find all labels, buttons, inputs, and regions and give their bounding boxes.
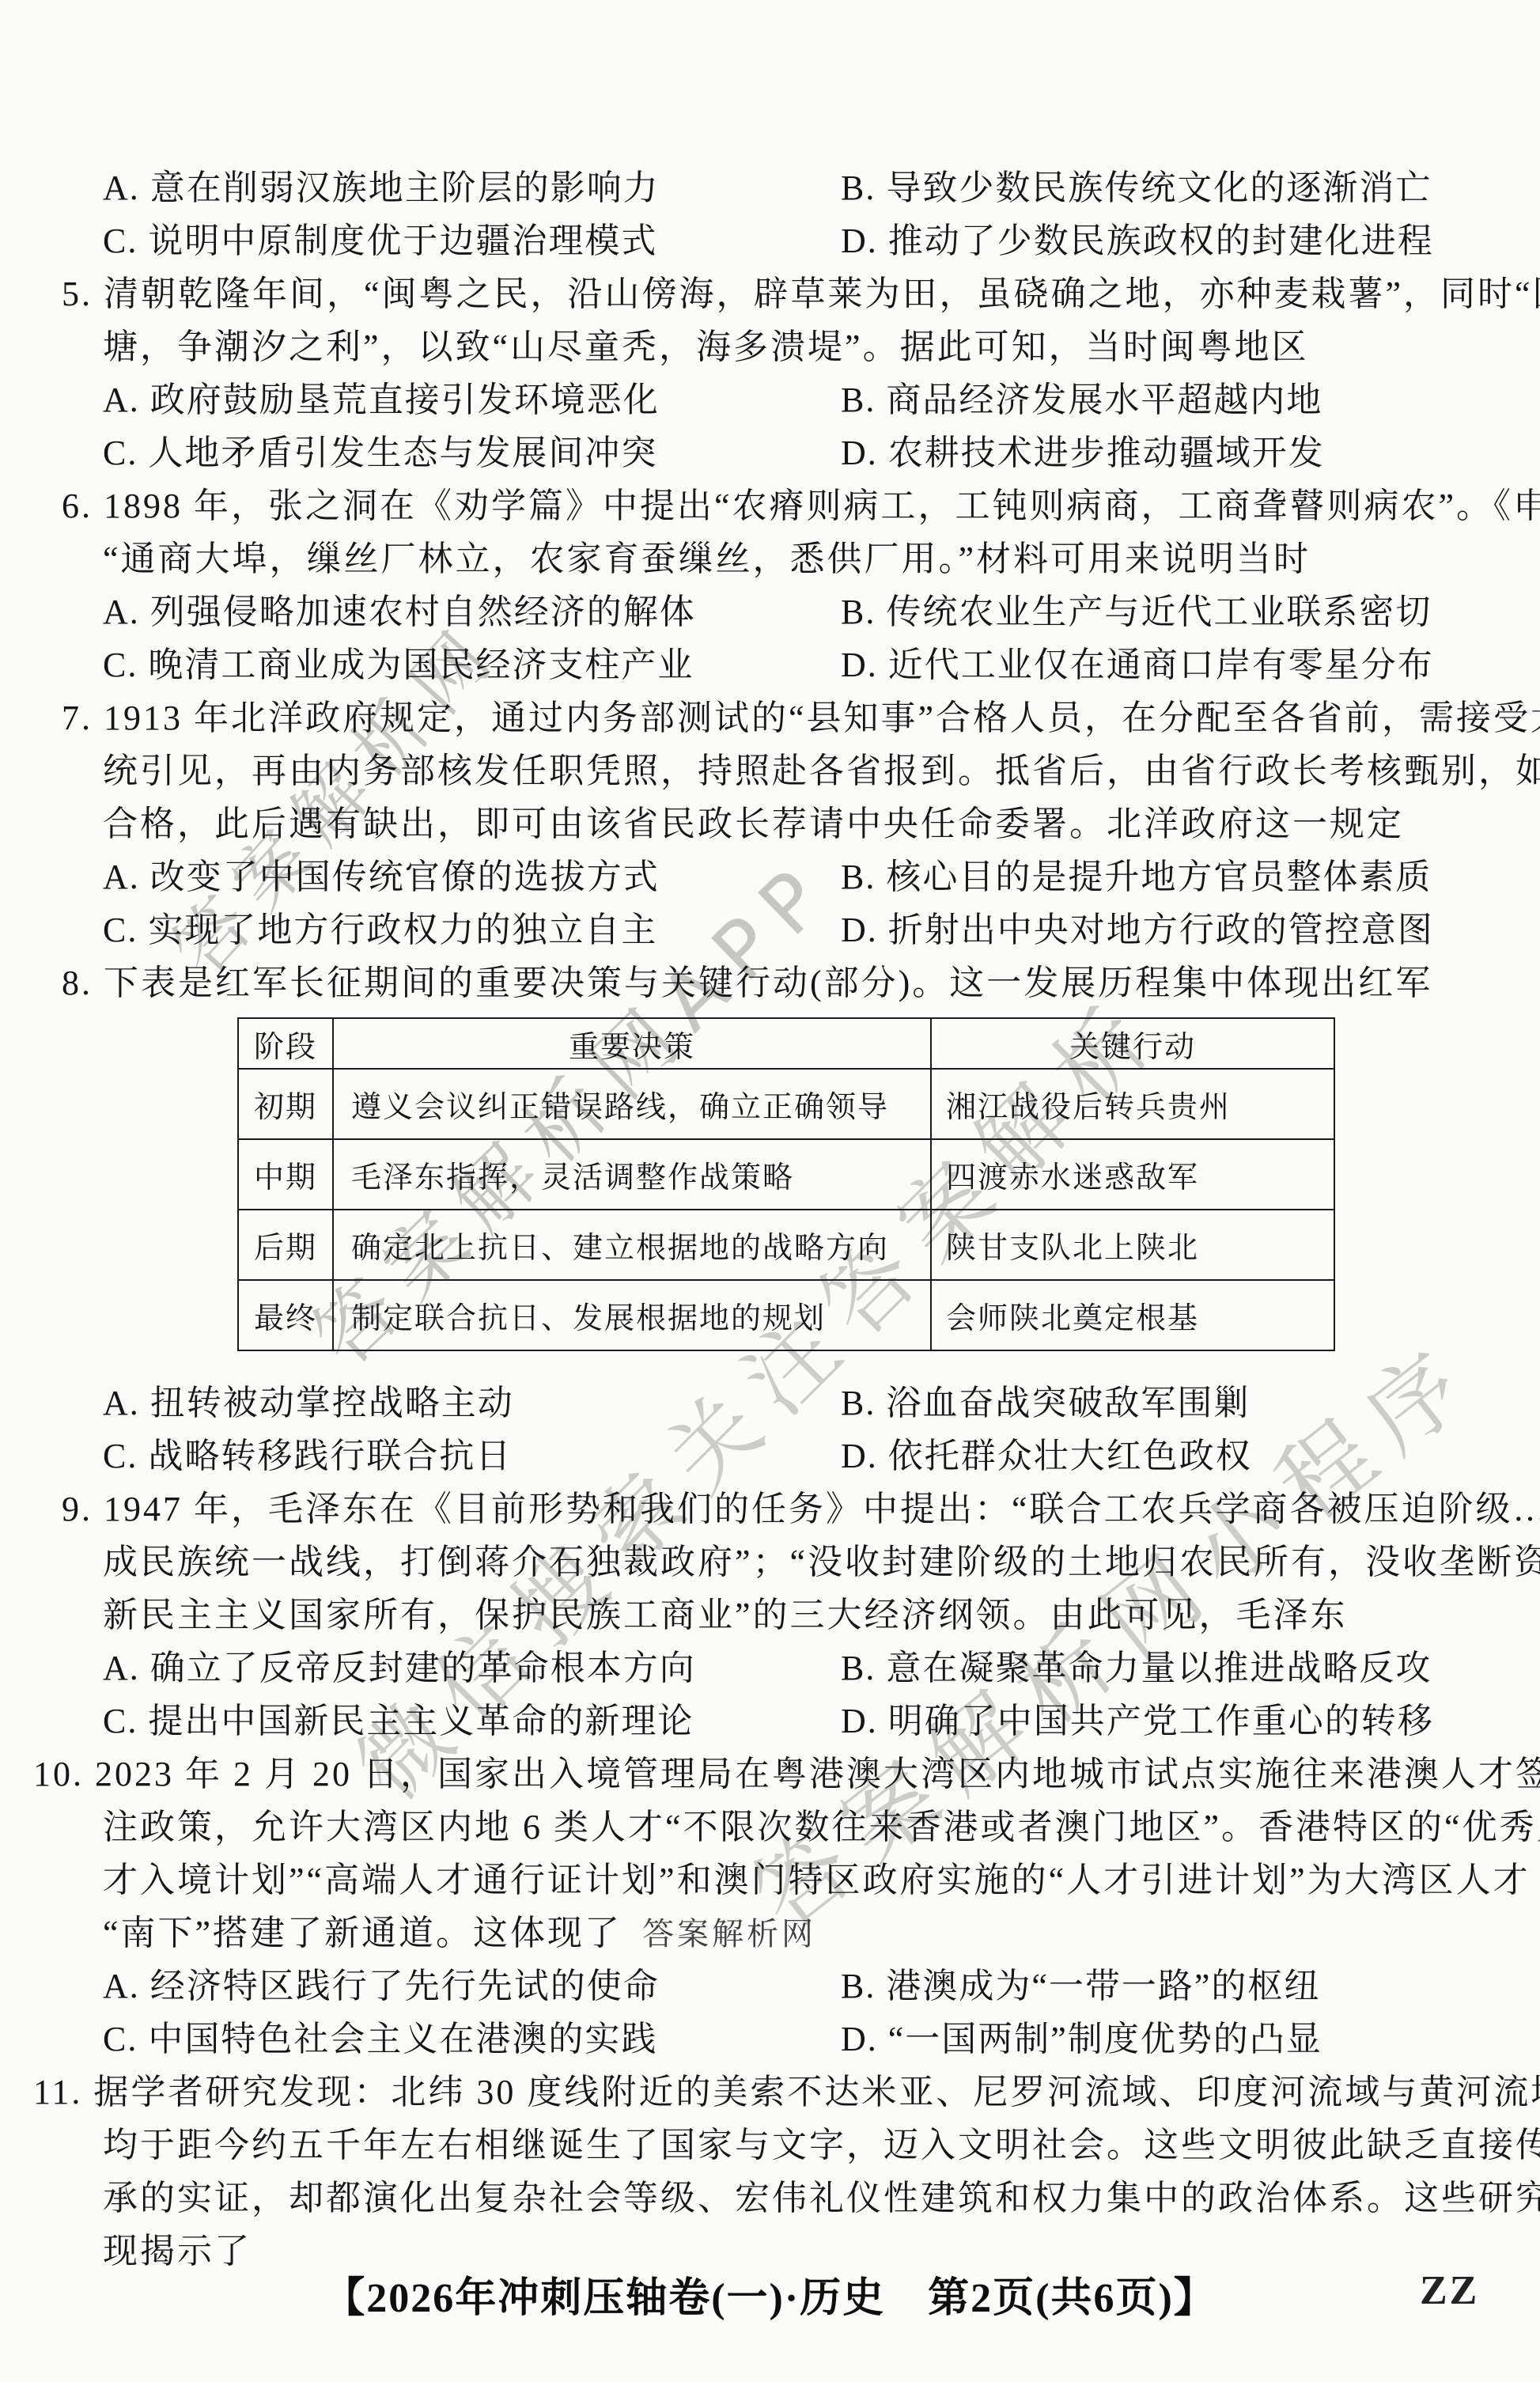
table-cell: 后期: [238, 1210, 333, 1280]
question-text: “通商大埠，缫丝厂林立，农家育蚕缫丝，悉供厂用。”材料可用来说明当时: [103, 540, 1311, 578]
option-row: A. 经济特区践行了先行先试的使命B. 港澳成为“一带一路”的枢纽: [0, 1960, 1540, 2013]
option-cell: D. “一国两制”制度优势的凸显: [841, 2013, 1322, 2066]
option-cell: B. 意在凝聚革命力量以推进战略反攻: [841, 1642, 1432, 1695]
table-cell: 中期: [238, 1139, 333, 1210]
option-row: A. 确立了反帝反封建的革命根本方向B. 意在凝聚革命力量以推进战略反攻: [0, 1642, 1540, 1695]
option-row: C. 晚清工商业成为国民经济支柱产业D. 近代工业仅在通商口岸有零星分布: [0, 638, 1540, 691]
inline-watermark: 答案解析网: [642, 1916, 816, 1952]
option-cell: A. 意在削弱汉族地主阶层的影响力: [103, 161, 660, 214]
option-cell: C. 提出中国新民主主义革命的新理论: [103, 1695, 694, 1748]
table-header-cell: 重要决策: [333, 1018, 931, 1069]
table-row: 后期确定北上抗日、建立根据地的战略方向陕甘支队北上陕北: [238, 1210, 1334, 1280]
question-text-line: 承的实证，却都演化出复杂社会等级、宏伟礼仪性建筑和权力集中的政治体系。这些研究发: [0, 2172, 1540, 2225]
question-text-line: 8. 下表是红军长征期间的重要决策与关键行动(部分)。这一发展历程集中体现出红军: [0, 956, 1540, 1009]
option-cell: B. 商品经济发展水平超越内地: [841, 373, 1322, 426]
option-cell: B. 核心目的是提升地方官员整体素质: [841, 850, 1432, 903]
option-cell: B. 港澳成为“一带一路”的枢纽: [841, 1960, 1320, 2013]
option-cell: C. 中国特色社会主义在港澳的实践: [103, 2013, 657, 2066]
option-row: A. 列强侵略加速农村自然经济的解体B. 传统农业生产与近代工业联系密切: [0, 585, 1540, 638]
question-text-line: 7. 1913 年北洋政府规定，通过内务部测试的“县知事”合格人员，在分配至各省…: [0, 691, 1540, 744]
question-text-line: “南下”搭建了新通道。这体现了答案解析网: [0, 1907, 1540, 1960]
option-cell: B. 浴血奋战突破敌军围剿: [841, 1377, 1250, 1430]
question-text-line: 合格，此后遇有缺出，即可由该省民政长荐请中央任命委署。北洋政府这一规定: [0, 797, 1540, 850]
option-cell: C. 晚清工商业成为国民经济支柱产业: [103, 638, 694, 691]
question-text: 才入境计划”“高端人才通行证计划”和澳门特区政府实施的“人才引进计划”为大湾区人…: [103, 1861, 1531, 1899]
page-code: ZZ: [1420, 2267, 1479, 2314]
table-row: 中期毛泽东指挥，灵活调整作战策略四渡赤水迷惑敌军: [238, 1139, 1334, 1210]
option-cell: A. 改变了中国传统官僚的选拔方式: [103, 850, 660, 903]
option-row: C. 实现了地方行政权力的独立自主D. 折射出中央对地方行政的管控意图: [0, 903, 1540, 956]
option-row: A. 政府鼓励垦荒直接引发环境恶化B. 商品经济发展水平超越内地: [0, 373, 1540, 426]
table-cell: 确定北上抗日、建立根据地的战略方向: [333, 1210, 931, 1280]
question-text: 均于距今约五千年左右相继诞生了国家与文字，迈入文明社会。这些文明彼此缺乏直接传: [103, 2126, 1540, 2164]
table-header-cell: 阶段: [238, 1018, 333, 1069]
question-text-line: 统引见，再由内务部核发任职凭照，持照赴各省报到。抵省后，由省行政长考核甄别，如甄…: [0, 744, 1540, 797]
question-text-line: 注政策，允许大湾区内地 6 类人才“不限次数往来香港或者澳门地区”。香港特区的“…: [0, 1801, 1540, 1854]
table-cell: 湘江战役后转兵贵州: [931, 1069, 1334, 1139]
option-cell: A. 确立了反帝反封建的革命根本方向: [103, 1642, 696, 1695]
option-cell: A. 列强侵略加速农村自然经济的解体: [103, 585, 696, 638]
question-text-line: 均于距今约五千年左右相继诞生了国家与文字，迈入文明社会。这些文明彼此缺乏直接传: [0, 2119, 1540, 2172]
question-text-line: 10. 2023 年 2 月 20 日，国家出入境管理局在粤港澳大湾区内地城市试…: [0, 1748, 1540, 1801]
table-cell: 制定联合抗日、发展根据地的规划: [333, 1280, 931, 1350]
option-cell: A. 经济特区践行了先行先试的使命: [103, 1960, 660, 2013]
question-text: 统引见，再由内务部核发任职凭照，持照赴各省报到。抵省后，由省行政长考核甄别，如甄…: [103, 752, 1540, 790]
question-text-line: 11. 据学者研究发现：北纬 30 度线附近的美索不达米亚、尼罗河流域、印度河流…: [0, 2066, 1540, 2119]
option-cell: A. 政府鼓励垦荒直接引发环境恶化: [103, 373, 660, 426]
table-cell: 陕甘支队北上陕北: [931, 1210, 1334, 1280]
option-row: C. 说明中原制度优于边疆治理模式D. 推动了少数民族政权的封建化进程: [0, 214, 1540, 267]
table-cell: 初期: [238, 1069, 333, 1139]
table-row: 初期遵义会议纠正错误路线，确立正确领导湘江战役后转兵贵州: [238, 1069, 1334, 1139]
question-text: 9. 1947 年，毛泽东在《目前形势和我们的任务》中提出：“联合工农兵学商各被…: [62, 1490, 1540, 1528]
question-text: 7. 1913 年北洋政府规定，通过内务部测试的“县知事”合格人员，在分配至各省…: [62, 699, 1540, 737]
table-header-cell: 关键行动: [931, 1018, 1334, 1069]
table-cell: 最终: [238, 1280, 333, 1350]
option-cell: B. 导致少数民族传统文化的逐渐消亡: [841, 161, 1432, 214]
question-text: 10. 2023 年 2 月 20 日，国家出入境管理局在粤港澳大湾区内地城市试…: [33, 1755, 1540, 1793]
question-text-line: “通商大埠，缫丝厂林立，农家育蚕缫丝，悉供厂用。”材料可用来说明当时: [0, 532, 1540, 585]
option-row: A. 扭转被动掌控战略主动B. 浴血奋战突破敌军围剿: [0, 1377, 1540, 1430]
table-cell: 毛泽东指挥，灵活调整作战策略: [333, 1139, 931, 1210]
question-text-line: 5. 清朝乾隆年间，“闽粤之民，沿山傍海，辟草莱为田，虽硗确之地，亦种麦栽薯”，…: [0, 267, 1540, 320]
question-text: “南下”搭建了新通道。这体现了: [103, 1914, 622, 1952]
question-text-line: 塘，争潮汐之利”，以致“山尽童秃，海多溃堤”。据此可知，当时闽粤地区: [0, 320, 1540, 373]
option-row: C. 人地矛盾引发生态与发展间冲突D. 农耕技术进步推动疆域开发: [0, 426, 1540, 479]
option-cell: B. 传统农业生产与近代工业联系密切: [841, 585, 1432, 638]
option-cell: A. 扭转被动掌控战略主动: [103, 1377, 514, 1430]
exam-page: 答案解析网 答案解析网APP 微信搜索关注答案解析 答案解析网小程序 A. 意在…: [0, 0, 1540, 2382]
question-text: 6. 1898 年，张之洞在《劝学篇》中提出“农瘠则病工，工钝则病商，工商聋瞽则…: [62, 487, 1540, 525]
question-text: 注政策，允许大湾区内地 6 类人才“不限次数往来香港或者澳门地区”。香港特区的“…: [103, 1808, 1540, 1846]
option-cell: D. 明确了中国共产党工作重心的转移: [841, 1695, 1434, 1748]
option-row: C. 中国特色社会主义在港澳的实践D. “一国两制”制度优势的凸显: [0, 2013, 1540, 2066]
table-cell: 遵义会议纠正错误路线，确立正确领导: [333, 1069, 931, 1139]
option-cell: C. 战略转移践行联合抗日: [103, 1430, 512, 1483]
table-cell: 四渡赤水迷惑敌军: [931, 1139, 1334, 1210]
question-text: 承的实证，却都演化出复杂社会等级、宏伟礼仪性建筑和权力集中的政治体系。这些研究发: [103, 2179, 1540, 2217]
option-row: C. 战略转移践行联合抗日D. 依托群众壮大红色政权: [0, 1430, 1540, 1483]
option-row: C. 提出中国新民主主义革命的新理论D. 明确了中国共产党工作重心的转移: [0, 1695, 1540, 1748]
question-text-line: 6. 1898 年，张之洞在《劝学篇》中提出“农瘠则病工，工钝则病商，工商聋瞽则…: [0, 479, 1540, 532]
question-text-line: 成民族统一战线，打倒蒋介石独裁政府”；“没收封建阶级的土地归农民所有，没收垄断资…: [0, 1536, 1540, 1589]
long-march-table: 阶段重要决策关键行动初期遵义会议纠正错误路线，确立正确领导湘江战役后转兵贵州中期…: [237, 1017, 1540, 1351]
option-cell: D. 折射出中央对地方行政的管控意图: [841, 903, 1434, 956]
table-row: 最终制定联合抗日、发展根据地的规划会师陕北奠定根基: [238, 1280, 1334, 1350]
question-text: 8. 下表是红军长征期间的重要决策与关键行动(部分)。这一发展历程集中体现出红军: [62, 964, 1432, 1002]
question-text-line: 新民主主义国家所有，保护民族工商业”的三大经济纲领。由此可见，毛泽东: [0, 1589, 1540, 1642]
question-text: 合格，此后遇有缺出，即可由该省民政长荐请中央任命委署。北洋政府这一规定: [103, 805, 1404, 843]
question-text: 成民族统一战线，打倒蒋介石独裁政府”；“没收封建阶级的土地归农民所有，没收垄断资…: [103, 1543, 1540, 1581]
option-cell: D. 近代工业仅在通商口岸有零星分布: [841, 638, 1434, 691]
question-text: 11. 据学者研究发现：北纬 30 度线附近的美索不达米亚、尼罗河流域、印度河流…: [33, 2073, 1540, 2111]
question-text: 新民主主义国家所有，保护民族工商业”的三大经济纲领。由此可见，毛泽东: [103, 1596, 1348, 1634]
option-cell: D. 农耕技术进步推动疆域开发: [841, 426, 1325, 479]
option-row: A. 改变了中国传统官僚的选拔方式B. 核心目的是提升地方官员整体素质: [0, 850, 1540, 903]
question-text: 塘，争潮汐之利”，以致“山尽童秃，海多溃堤”。据此可知，当时闽粤地区: [103, 328, 1309, 366]
option-cell: C. 说明中原制度优于边疆治理模式: [103, 214, 657, 267]
table-cell: 会师陕北奠定根基: [931, 1280, 1334, 1350]
option-row: A. 意在削弱汉族地主阶层的影响力B. 导致少数民族传统文化的逐渐消亡: [0, 161, 1540, 214]
option-cell: C. 实现了地方行政权力的独立自主: [103, 903, 657, 956]
option-cell: D. 依托群众壮大红色政权: [841, 1430, 1252, 1483]
question-area: A. 意在削弱汉族地主阶层的影响力B. 导致少数民族传统文化的逐渐消亡C. 说明…: [0, 161, 1540, 2278]
question-text-line: 才入境计划”“高端人才通行证计划”和澳门特区政府实施的“人才引进计划”为大湾区人…: [0, 1854, 1540, 1907]
option-cell: D. 推动了少数民族政权的封建化进程: [841, 214, 1434, 267]
option-cell: C. 人地矛盾引发生态与发展间冲突: [103, 426, 657, 479]
page-footer: 【2026年冲刺压轴卷(一)·历史 第2页(共6页)】: [0, 2264, 1540, 2323]
question-text-line: 9. 1947 年，毛泽东在《目前形势和我们的任务》中提出：“联合工农兵学商各被…: [0, 1483, 1540, 1536]
question-text: 5. 清朝乾隆年间，“闽粤之民，沿山傍海，辟草莱为田，虽硗确之地，亦种麦栽薯”，…: [62, 275, 1540, 313]
